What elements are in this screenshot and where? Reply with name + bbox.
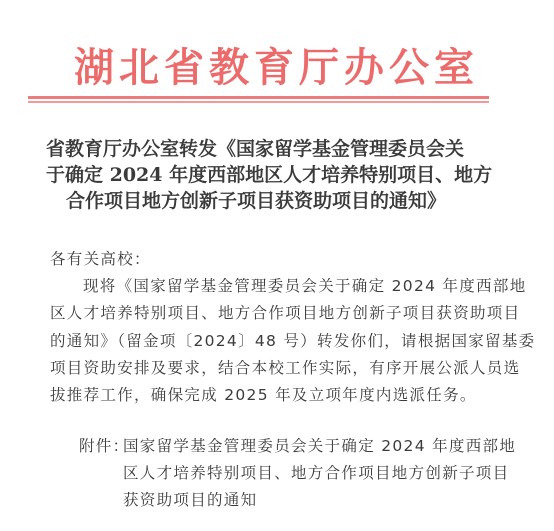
document-title-line-3: 合作项目地方创新子项目获资助项目的通知》 xyxy=(46,188,476,214)
attachment-label: 附件： xyxy=(79,433,129,460)
body-line-1: 现将《国家留学基金管理委员会关于确定 2024 年度西部地 xyxy=(50,273,470,300)
attachment-line-2: 区人才培养特别项目、地方合作项目地方创新子项目 xyxy=(123,460,503,487)
attachment-content: 国家留学基金管理委员会关于确定 2024 年度西部地 区人才培养特别项目、地方合… xyxy=(123,433,503,514)
letterhead-title: 湖北省教育厅办公室 xyxy=(74,44,454,92)
body-paragraph: 现将《国家留学基金管理委员会关于确定 2024 年度西部地 区人才培养特别项目、… xyxy=(50,273,470,409)
attachment-line-1: 国家留学基金管理委员会关于确定 2024 年度西部地 xyxy=(123,433,503,460)
body-line-3: 的通知》（留金项〔2024〕48 号）转发你们，请根据国家留基委 xyxy=(50,328,470,355)
red-rule-thick-line xyxy=(28,96,489,99)
body-line-2: 区人才培养特别项目、地方合作项目地方创新子项目获资助项目 xyxy=(50,300,470,327)
attachment-line-3: 获资助项目的通知 xyxy=(123,487,503,514)
letterhead-red-rule xyxy=(28,96,489,103)
body-line-4: 项目资助安排及要求，结合本校工作实际，有序开展公派人员选 xyxy=(50,355,470,382)
document-title: 省教育厅办公室转发《国家留学基金管理委员会关 于确定 2024 年度西部地区人才… xyxy=(46,136,476,214)
body-line-5: 拔推荐工作，确保完成 2025 年及立项年度内选派任务。 xyxy=(50,382,470,409)
salutation: 各有关高校： xyxy=(50,246,151,273)
red-rule-thin-line xyxy=(28,101,489,103)
document-title-line-2: 于确定 2024 年度西部地区人才培养特别项目、地方 xyxy=(46,162,476,188)
document-title-line-1: 省教育厅办公室转发《国家留学基金管理委员会关 xyxy=(46,136,476,162)
